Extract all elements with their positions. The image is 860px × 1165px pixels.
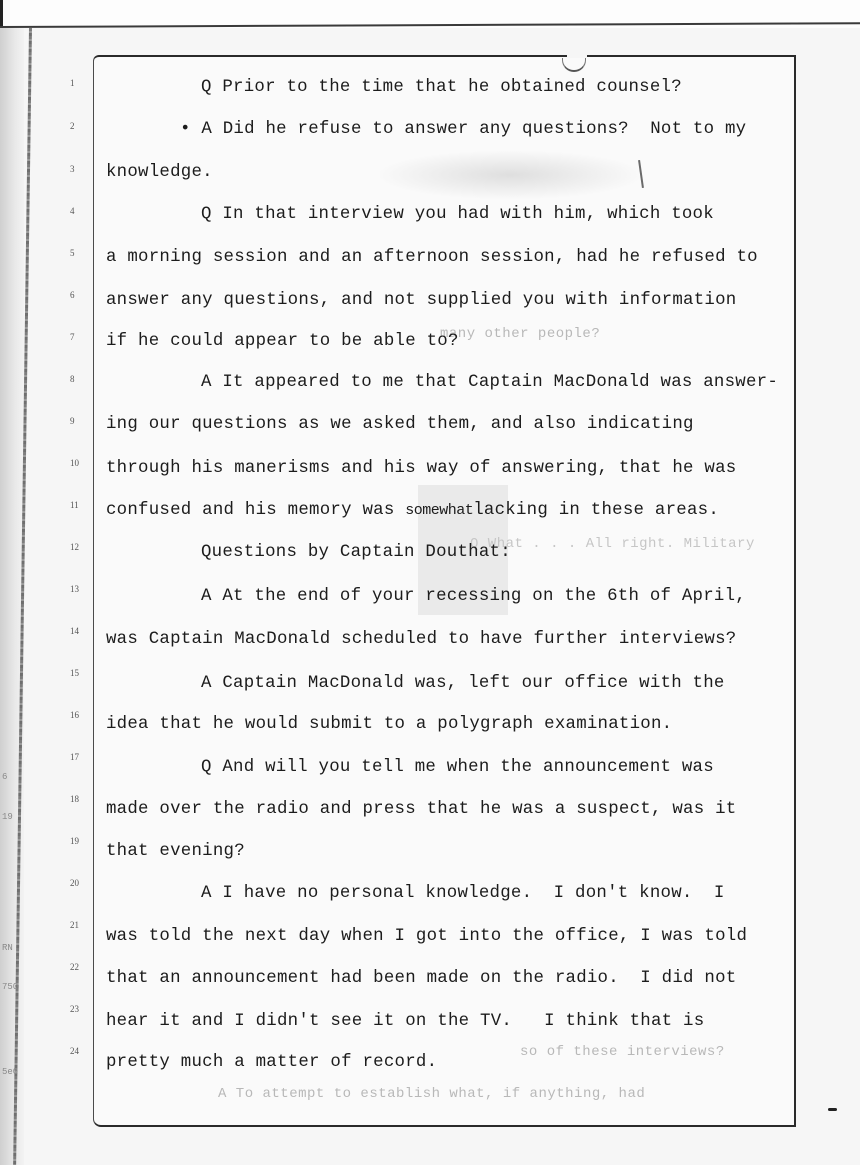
- line-number: 4: [70, 206, 75, 216]
- line-number: 13: [70, 584, 79, 594]
- transcript-line: Questions by Captain Douthat:: [201, 543, 511, 563]
- handwritten-insertion: somewhat: [405, 502, 473, 519]
- transcript-line: through his manerisms and his way of ans…: [106, 459, 736, 479]
- line-number: 16: [70, 710, 79, 720]
- line-number: 23: [70, 1004, 79, 1014]
- line-number: 1: [70, 78, 75, 88]
- transcript-line: A It appeared to me that Captain MacDona…: [201, 373, 778, 393]
- transcript-line: a morning session and an afternoon sessi…: [106, 248, 758, 268]
- margin-fragment: 6: [2, 772, 7, 782]
- transcript-line: was Captain MacDonald scheduled to have …: [106, 630, 736, 650]
- line-number: 9: [70, 416, 75, 426]
- line-number: 15: [70, 668, 79, 678]
- line-number: 14: [70, 626, 79, 636]
- transcript-line: that evening?: [106, 842, 245, 862]
- transcript-line: A I have no personal knowledge. I don't …: [201, 884, 725, 904]
- line-number: 6: [70, 290, 75, 300]
- line-number: 5: [70, 248, 75, 258]
- line-number: 12: [70, 542, 79, 552]
- margin-fragment: RN: [2, 943, 13, 953]
- line-number: 11: [70, 500, 79, 510]
- transcript-line: answer any questions, and not supplied y…: [106, 291, 736, 311]
- margin-fragment: 750: [2, 982, 18, 992]
- margin-fragment: 5e0: [2, 1067, 18, 1077]
- bleed-through-text: A To attempt to establish what, if anyth…: [218, 1086, 645, 1102]
- line-number: 17: [70, 752, 79, 762]
- line-number: 2: [70, 121, 75, 131]
- transcript-line: that an announcement had been made on th…: [106, 969, 736, 989]
- transcript-line: Q And will you tell me when the announce…: [201, 758, 714, 778]
- transcript-line: if he could appear to be able to?: [106, 332, 459, 352]
- line-number: 22: [70, 962, 79, 972]
- line-number: 19: [70, 836, 79, 846]
- transcript-line: Q In that interview you had with him, wh…: [201, 205, 714, 225]
- transcript-line: idea that he would submit to a polygraph…: [106, 715, 672, 735]
- margin-fragment: 19: [2, 812, 13, 822]
- scan-artifact-mark: [828, 1108, 837, 1111]
- line-number: 10: [70, 458, 79, 468]
- line-number: 3: [70, 164, 75, 174]
- line-number: 24: [70, 1046, 79, 1056]
- line-number: 20: [70, 878, 79, 888]
- transcript-line: made over the radio and press that he wa…: [106, 800, 736, 820]
- transcript-line: was told the next day when I got into th…: [106, 927, 747, 947]
- bleed-through-text: many other people?: [440, 326, 600, 342]
- transcript-line: ing our questions as we asked them, and …: [106, 415, 694, 435]
- transcript-line: pretty much a matter of record.: [106, 1053, 437, 1073]
- line-number: 21: [70, 920, 79, 930]
- transcript-line: A At the end of your recessing on the 6t…: [201, 587, 746, 607]
- transcript-line: knowledge.: [106, 163, 213, 183]
- transcript-line: confused and his memory was somewhatlack…: [106, 501, 719, 521]
- transcript-line: • A Did he refuse to answer any question…: [180, 120, 746, 140]
- bleed-through-text: so of these interviews?: [520, 1044, 725, 1060]
- bleed-through-text: Q What . . . All right. Military: [470, 536, 755, 552]
- transcript-line: Q Prior to the time that he obtained cou…: [201, 78, 682, 98]
- line-number: 7: [70, 332, 75, 342]
- line-number: 8: [70, 374, 75, 384]
- transcript-line: A Captain MacDonald was, left our office…: [201, 674, 725, 694]
- bullet-mark: •: [180, 120, 201, 139]
- transcript-line: hear it and I didn't see it on the TV. I…: [106, 1012, 704, 1032]
- line-number: 18: [70, 794, 79, 804]
- scan-smudge: [375, 150, 645, 200]
